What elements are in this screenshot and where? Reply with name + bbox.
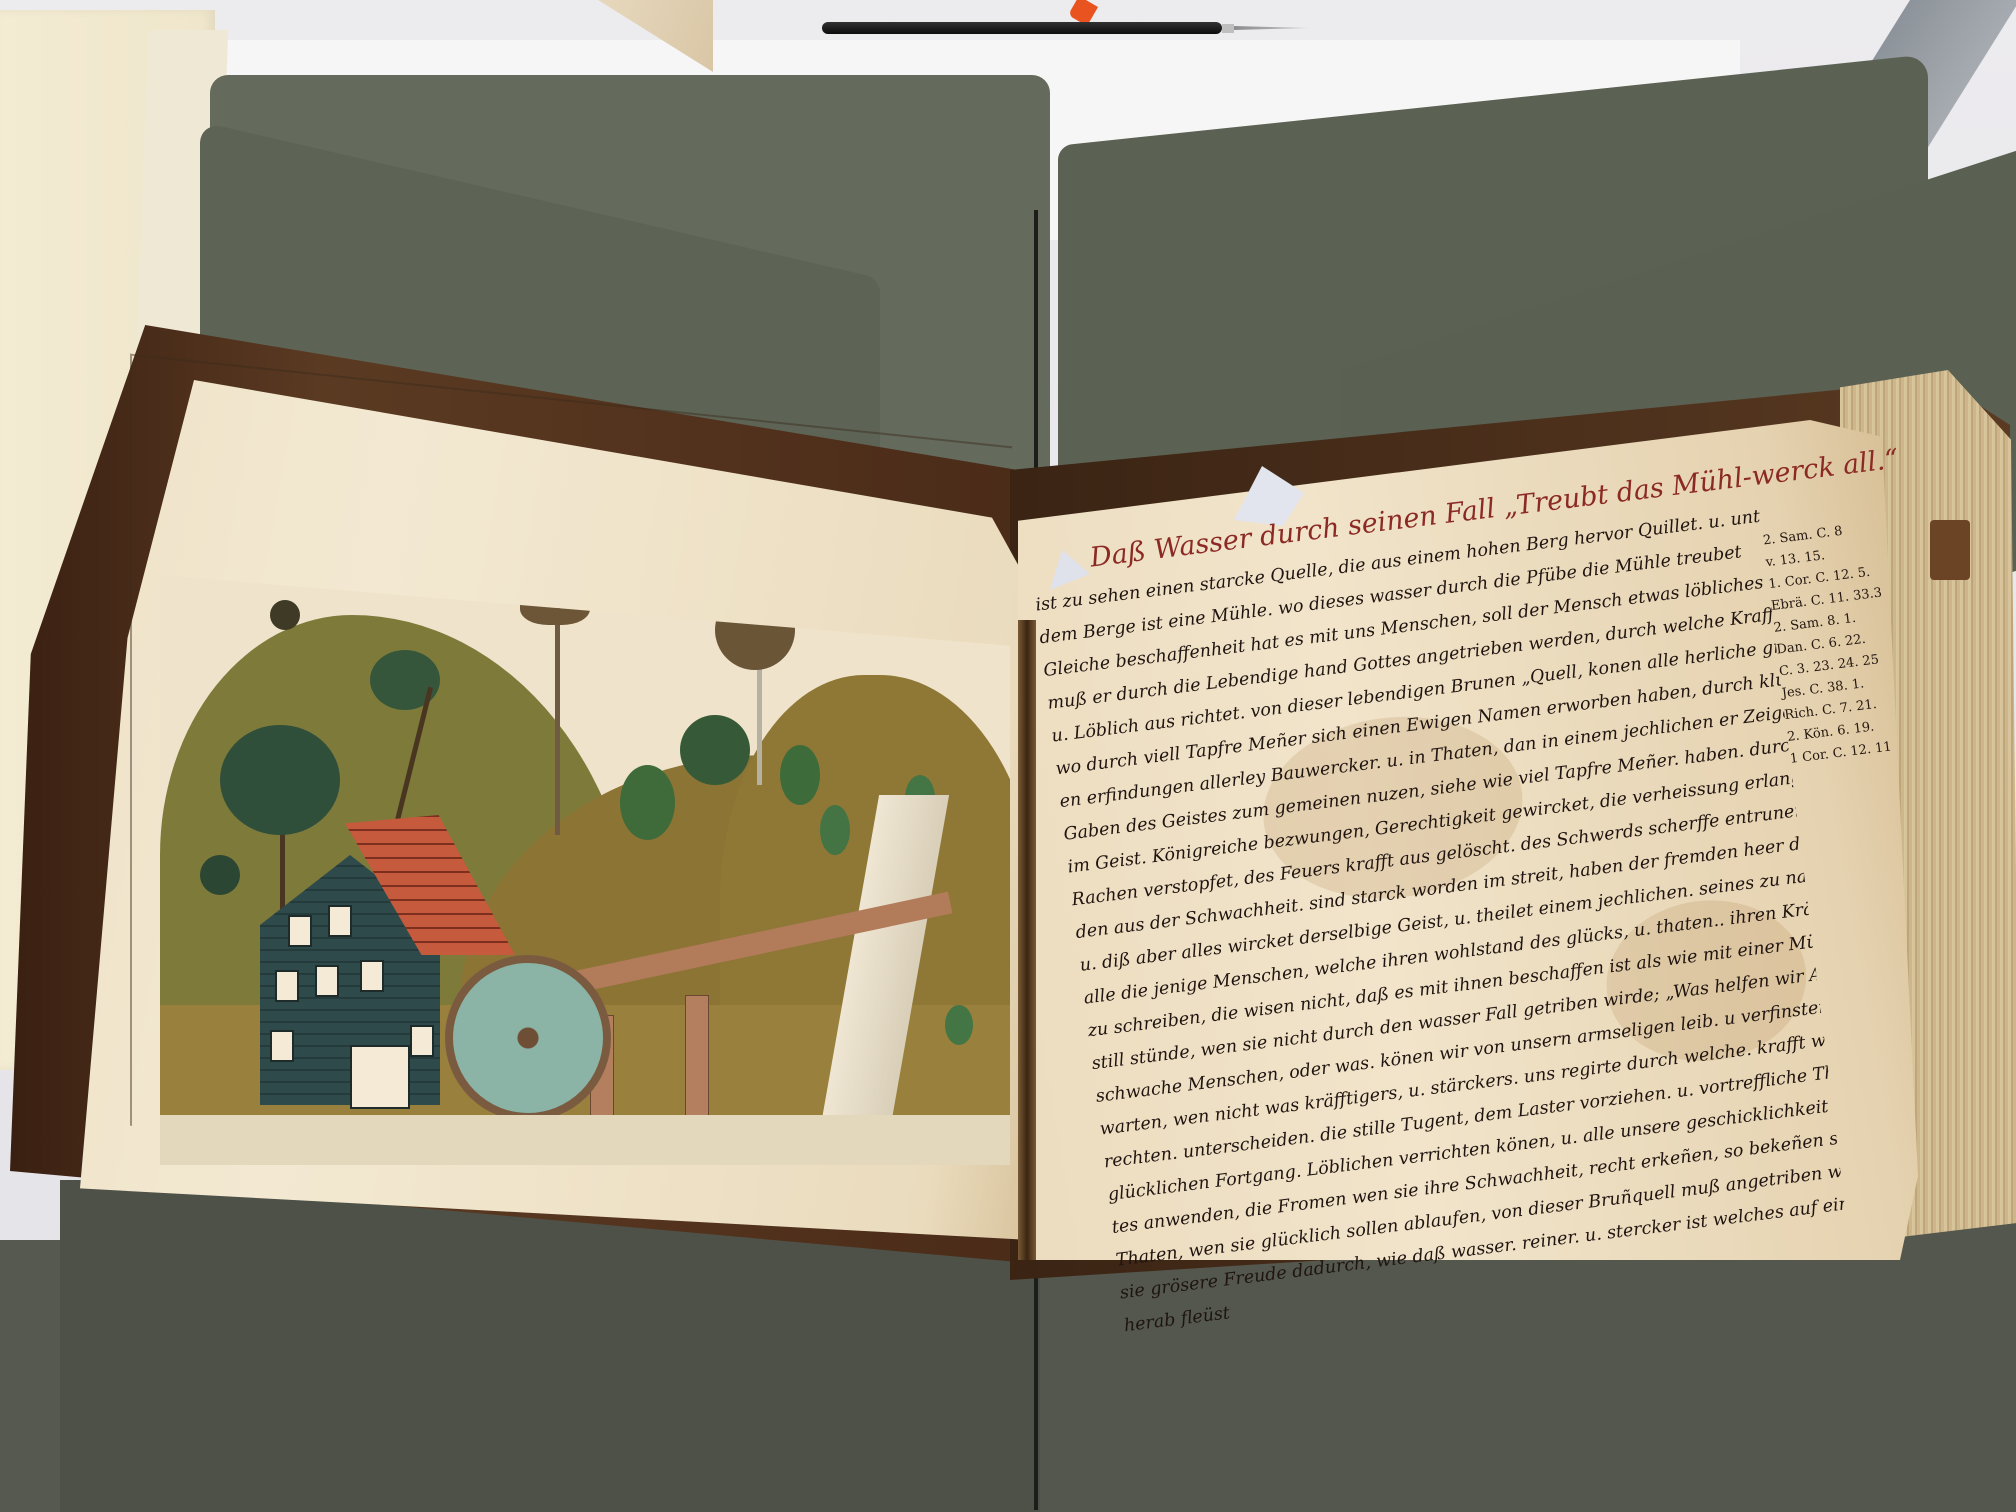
water-mill-illustration [160, 575, 1010, 1165]
tree-icon [680, 715, 750, 785]
book-gutter [1018, 620, 1036, 1260]
mill-window [275, 970, 299, 1002]
tree-trunk [757, 655, 762, 785]
tree-icon [200, 855, 240, 895]
paintbrush-icon [822, 22, 1222, 34]
mill-window [315, 965, 339, 997]
tree-icon [270, 600, 300, 630]
tree-icon [820, 805, 850, 855]
palm-trunk [555, 605, 560, 835]
paintbrush-ferrule [1222, 24, 1234, 33]
tree-icon [220, 725, 340, 835]
tree-icon [780, 745, 820, 805]
clasp-icon [1930, 520, 1970, 580]
waterwheel-icon [445, 955, 611, 1121]
tree-icon [945, 1005, 973, 1045]
mill-window [360, 960, 384, 992]
mill-window [410, 1025, 434, 1057]
mill-window [328, 905, 352, 937]
foreground-path [160, 1115, 1010, 1165]
mill-door [350, 1045, 410, 1109]
tree-icon [620, 765, 675, 840]
manuscript-text: Daß Wasser durch seinen Fall „Treubt das… [1030, 460, 1927, 1235]
manuscript-body: ist zu sehen einen starcke Quelle, die a… [1034, 501, 1851, 1343]
mill-window [288, 915, 312, 947]
mill-window [270, 1030, 294, 1062]
